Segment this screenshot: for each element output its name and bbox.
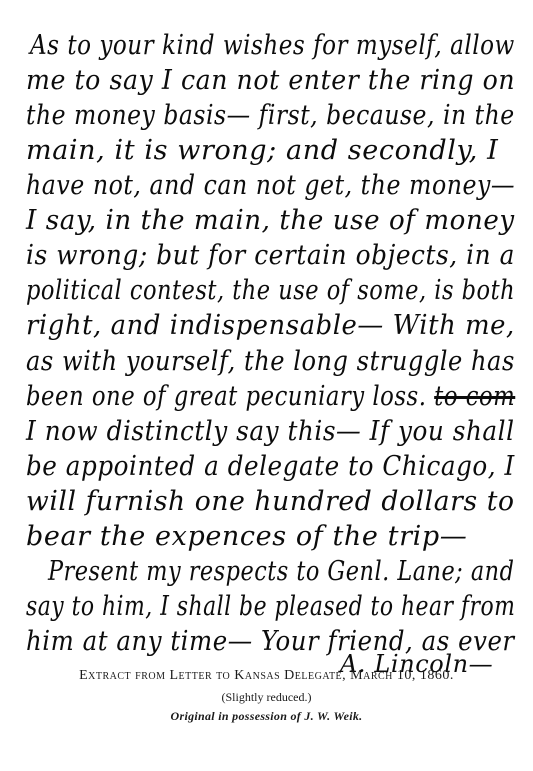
letter-line-11: been one of great pecuniary loss. to com [26,383,515,410]
letter-line-4: main, it is wrong; and secondly, I [26,137,498,164]
letter-line-6: I say, in the main, the use of money [26,207,515,234]
struck-out-text: to com [434,381,515,412]
letter-line-15: bear the expences of the trip— [26,523,467,550]
book-page: As to your kind wishes for myself, allow… [0,0,533,771]
letter-line-16: Present my respects to Genl. Lane; and [48,558,514,585]
handwritten-letter: As to your kind wishes for myself, allow… [0,0,533,660]
letter-line-11-text: been one of great pecuniary loss. [26,381,426,412]
letter-line-17: say to him, I shall be pleased to hear f… [26,593,515,620]
letter-line-12: I now distinctly say this— If you shall [26,418,515,445]
letter-line-3: the money basis— first, because, in the [26,102,515,129]
letter-line-8: political contest, the use of some, is b… [26,277,515,304]
letter-line-2: me to say I can not enter the ring on [26,67,515,94]
letter-line-9: right, and indispensable— With me, [26,312,515,339]
caption-credit: Original in possession of J. W. Weik. [0,709,533,724]
letter-line-14: will furnish one hundred dollars to [26,488,515,515]
caption-subtitle: (Slightly reduced.) [0,690,533,705]
letter-line-5: have not, and can not get, the money— [26,172,515,199]
letter-line-13: be appointed a delegate to Chicago, I [26,453,515,480]
letter-line-10: as with yourself, the long struggle has [26,348,515,375]
letter-line-1: As to your kind wishes for myself, allow [30,32,515,59]
letter-line-7: is wrong; but for certain objects, in a [26,242,515,269]
caption-title: Extract from Letter to Kansas Delegate, … [0,668,533,684]
